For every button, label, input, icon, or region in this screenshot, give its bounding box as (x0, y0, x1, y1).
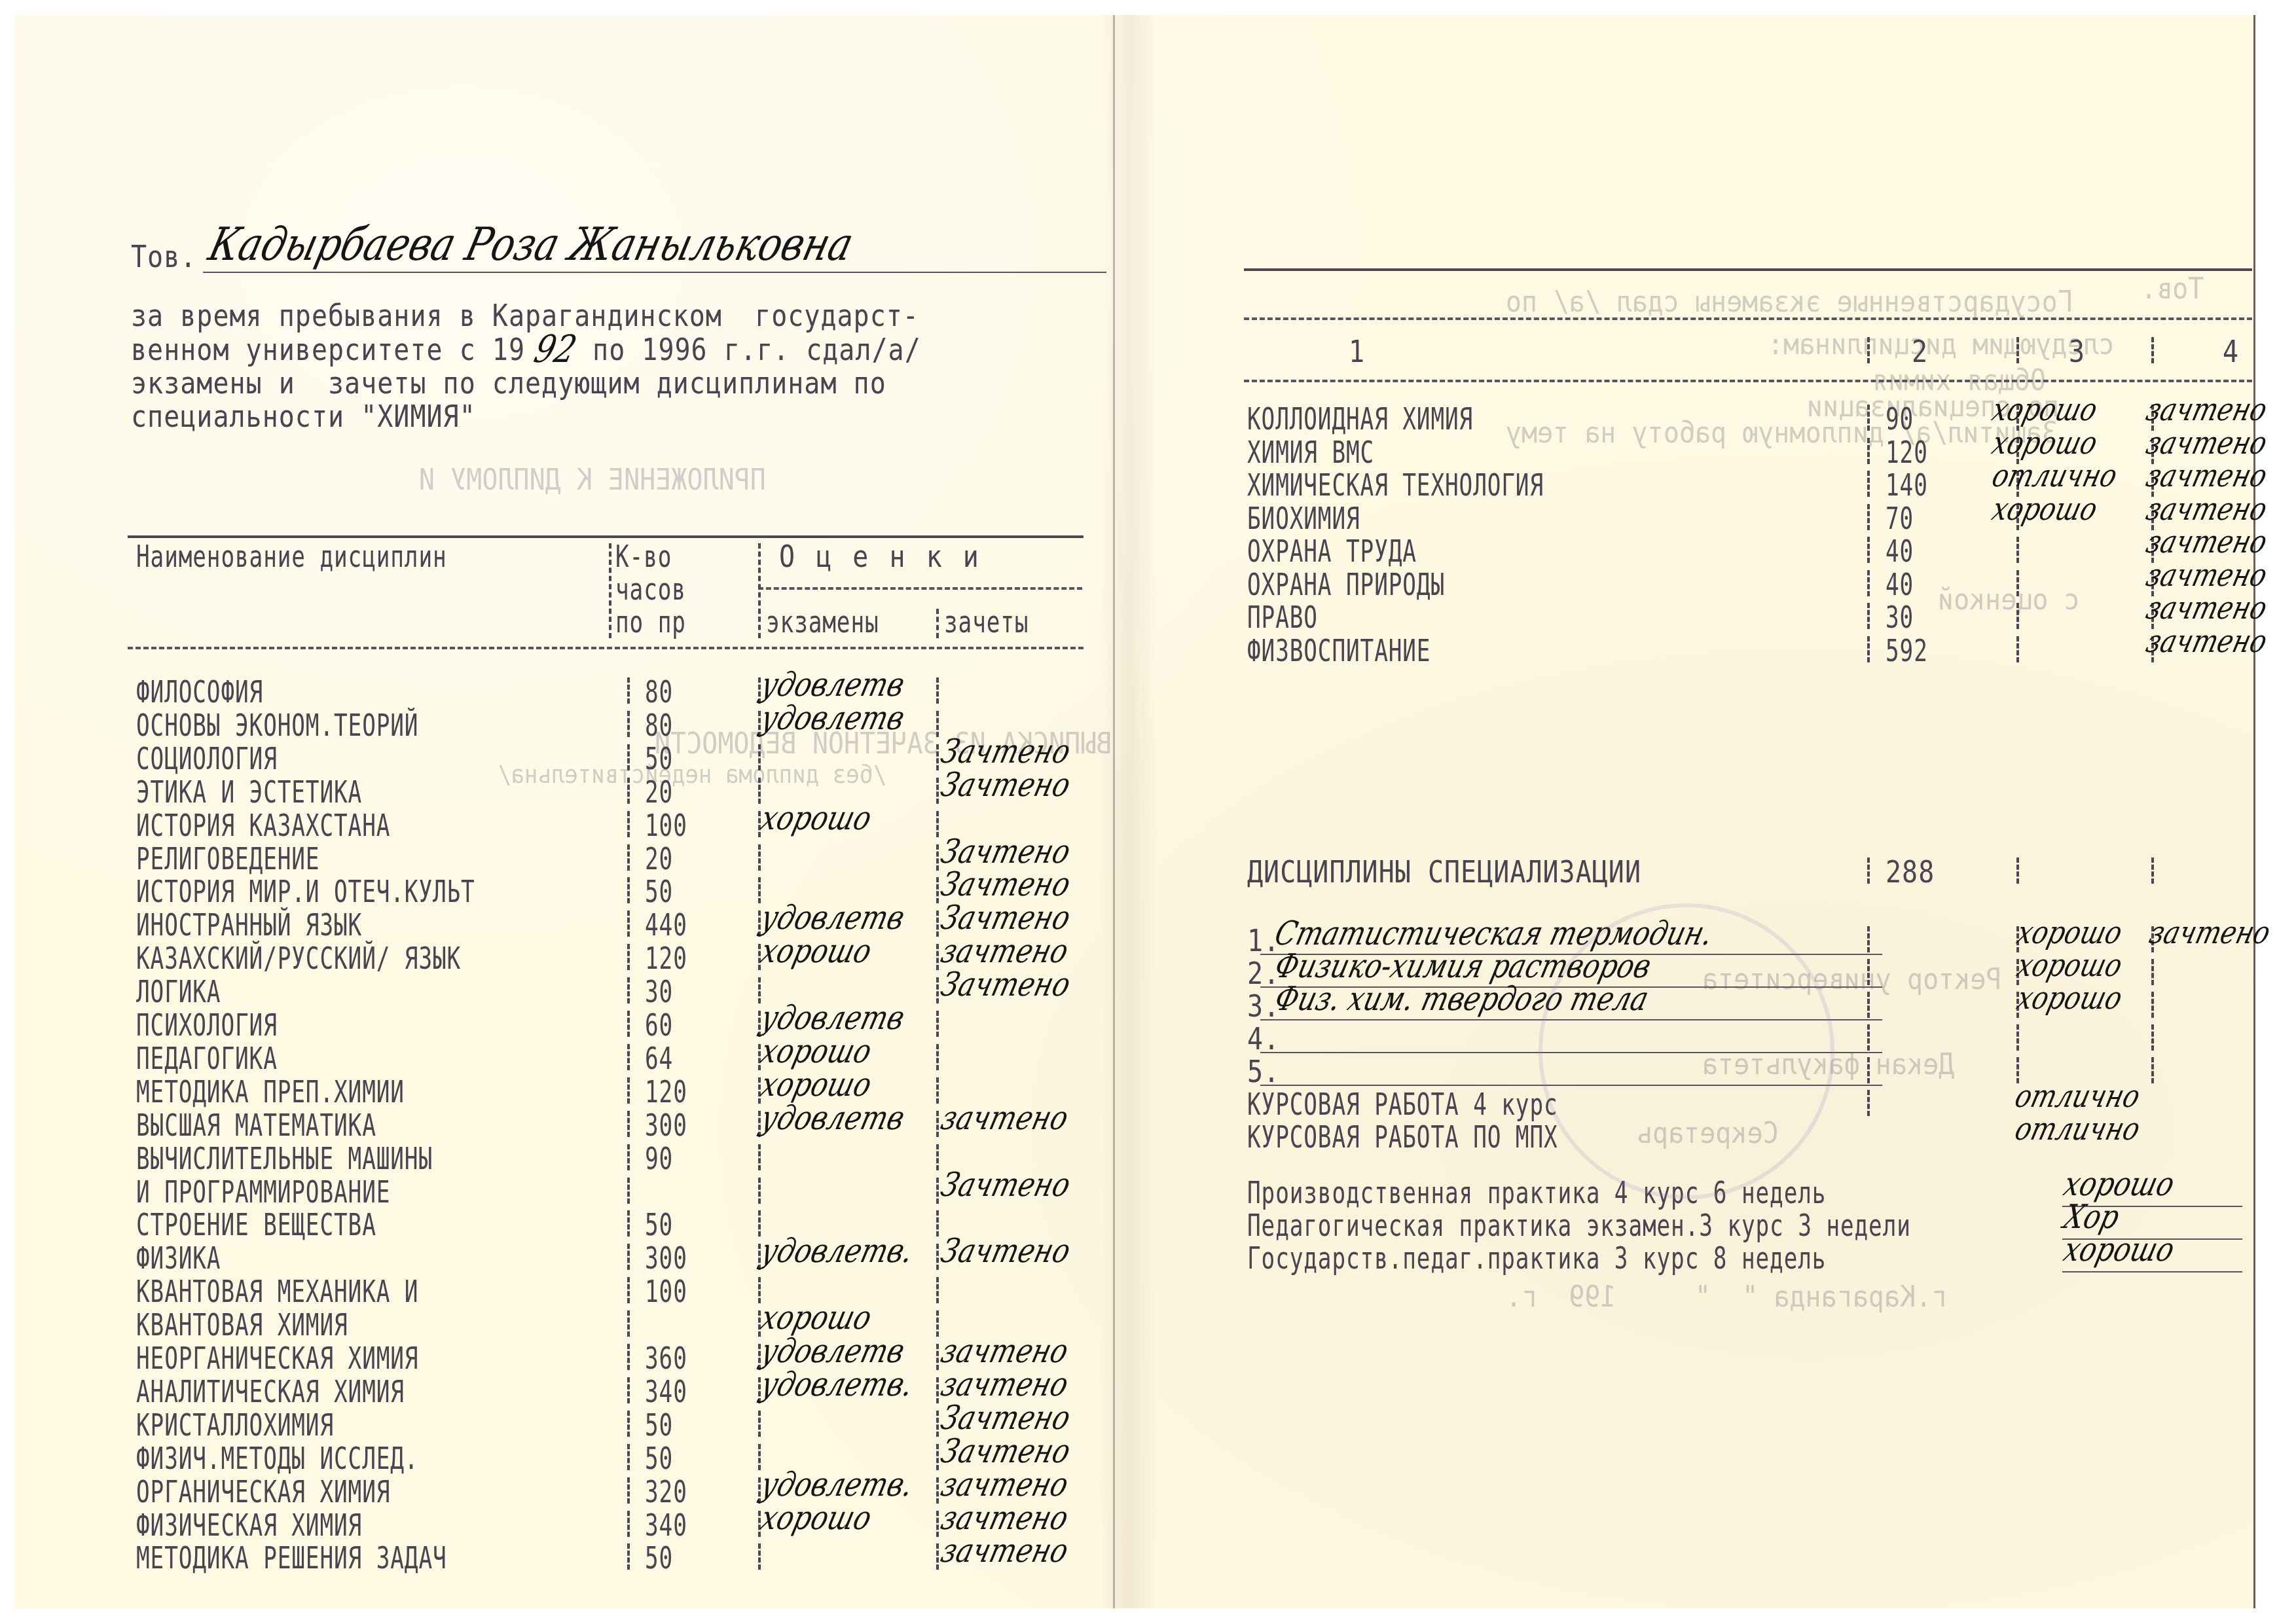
discipline-name: ФИЗИКА (136, 1244, 221, 1274)
credit-result: Зачтено (938, 1235, 1074, 1267)
row-pipe-exams (758, 778, 761, 804)
row-pipe-exams (758, 877, 761, 903)
discipline-hours: 340 (645, 1377, 687, 1407)
row-pipe-hours (627, 944, 630, 970)
discipline-hours: 340 (645, 1511, 687, 1541)
spec-pipe-3 (2151, 857, 2154, 884)
discipline-name: БИОХИМИЯ (1247, 504, 1360, 534)
discipline-name: И ПРОГРАММИРОВАНИЕ (136, 1178, 390, 1208)
coursework-name: КУРСОВАЯ РАБОТА 4 курс (1247, 1090, 1558, 1120)
discipline-name: ПРАВО (1247, 603, 1318, 633)
exam-grade: хорошо (757, 1035, 875, 1068)
row-pipe-exams (758, 1444, 761, 1470)
spec-item-number: 5. (1247, 1057, 1280, 1087)
exam-grade: удовлетв (757, 668, 907, 701)
credit-result: Зачтено (938, 768, 1074, 801)
discipline-hours: 440 (645, 911, 687, 941)
discipline-name: ВЫЧИСЛИТЕЛЬНЫЕ МАШИНЫ (136, 1144, 433, 1174)
row-pipe-hours (1867, 603, 1870, 629)
exam-grade: удовлетв (757, 1102, 907, 1134)
spec-pipe-credits (2151, 992, 2154, 1018)
discipline-name: ПСИХОЛОГИЯ (136, 1011, 278, 1041)
bleed-through-text: /без диплома недействительна/ (498, 763, 886, 787)
header-grades-divider (758, 587, 1082, 590)
spec-pipe-2 (2016, 857, 2019, 884)
discipline-name: РЕЛИГОВЕДЕНИЕ (136, 844, 319, 875)
row-pipe-hours (627, 844, 630, 871)
student-name: Кадырбаева Роза Жаныльковна (205, 221, 858, 267)
bleed-through-text: Государственные экзамены сдал /а/ по (1506, 288, 2073, 317)
discipline-name: ФИЗВОСПИТАНИЕ (1247, 636, 1430, 666)
right-header-col-4: 4 (2223, 337, 2239, 367)
header-hours-3: по пр (615, 607, 686, 638)
bleed-through-text: Защитил/а/ дипломную работу на тему (1506, 419, 2058, 448)
discipline-name: ЭТИКА И ЭСТЕТИКА (136, 778, 362, 808)
discipline-name: ОРГАНИЧЕСКАЯ ХИМИЯ (136, 1477, 390, 1507)
header-hours-2: часов (615, 575, 686, 605)
discipline-hours: 592 (1886, 636, 1928, 666)
exam-grade: удовлетв (757, 1335, 907, 1367)
row-pipe-credits (936, 1044, 939, 1070)
credit-result: Зачтено (938, 835, 1074, 868)
bleed-through-text: г.Караганда " " 199 г. (1506, 1283, 1947, 1312)
row-pipe-hours (627, 1344, 630, 1370)
exam-grade: удовлетв (757, 702, 907, 734)
coursework-grade: отлично (2012, 1081, 2143, 1112)
discipline-hours: 300 (645, 1244, 687, 1274)
discipline-name: ФИЗИЧЕСКАЯ ХИМИЯ (136, 1511, 362, 1541)
credit-result: Зачтено (938, 735, 1074, 768)
row-pipe-hours (1867, 570, 1870, 596)
spec-exam-grade: хорошо (2014, 917, 2125, 948)
row-pipe-hours (627, 811, 630, 837)
discipline-name: ИСТОРИЯ МИР.И ОТЕЧ.КУЛЬТ (136, 877, 475, 907)
row-pipe-credits (936, 677, 939, 704)
exam-grade: хорошо (757, 802, 875, 835)
row-pipe-hours (627, 744, 630, 770)
header-pipe-exams (758, 543, 761, 638)
exam-grade: хорошо (1989, 394, 2100, 425)
row-pipe-credits (936, 811, 939, 837)
discipline-name: ИСТОРИЯ КАЗАХСТАНА (136, 811, 390, 841)
credit-result: зачтено (938, 935, 1071, 967)
row-pipe-exams (758, 1543, 761, 1570)
discipline-hours: 80 (645, 677, 673, 708)
discipline-name: ХИМИЯ ВМС (1247, 438, 1374, 468)
exam-grade: удовлетв. (757, 1235, 917, 1267)
bleed-through-text: ПРИЛОЖЕНИЕ К ДИПЛОМУ И (419, 466, 766, 495)
spec-pipe-credits (2151, 959, 2154, 985)
header-bottom-rule (128, 647, 1084, 649)
discipline-name: СОЦИОЛОГИЯ (136, 744, 278, 774)
row-pipe-hours (627, 1477, 630, 1504)
discipline-hours: 120 (1886, 438, 1928, 468)
row-pipe-hours (627, 1277, 630, 1303)
specialization-title: ДИСЦИПЛИНЫ СПЕЦИАЛИЗАЦИИ (1247, 857, 1641, 888)
right-header-pipe-3 (2151, 337, 2154, 363)
row-pipe-hours (627, 1111, 630, 1137)
spec-pipe-credits (2151, 1057, 2154, 1083)
row-pipe-hours (627, 677, 630, 704)
exam-grade: удовлетв (757, 1001, 907, 1034)
spec-pipe-hours (1867, 959, 1870, 985)
row-pipe-hours (627, 911, 630, 937)
row-pipe-exams (2016, 537, 2019, 563)
practice-grade: хорошо (2060, 1168, 2178, 1200)
credit-result: зачтено (2143, 427, 2270, 459)
discipline-hours: 50 (645, 1444, 673, 1474)
row-pipe-exams (758, 1178, 761, 1204)
credit-result: Зачтено (938, 1435, 1074, 1468)
discipline-name: МЕТОДИКА ПРЕП.ХИМИИ (136, 1077, 405, 1108)
row-pipe-exams (758, 1144, 761, 1170)
discipline-name: СТРОЕНИЕ ВЕЩЕСТВА (136, 1210, 376, 1240)
row-pipe-credits (936, 1210, 939, 1236)
discipline-hours: 40 (1886, 570, 1914, 600)
right-header-col-2: 2 (1912, 337, 1928, 367)
discipline-hours: 90 (645, 1144, 673, 1174)
header-pipe-hours (609, 543, 611, 638)
discipline-hours: 100 (645, 1277, 687, 1307)
exam-grade: хорошо (757, 935, 875, 967)
discipline-hours: 40 (1886, 537, 1914, 567)
discipline-hours: 140 (1886, 471, 1928, 501)
header-exams: экзамены (766, 607, 879, 638)
credit-result: зачтено (938, 1102, 1071, 1134)
discipline-name: КОЛЛОИДНАЯ ХИМИЯ (1247, 405, 1473, 435)
exam-grade: хорошо (757, 1502, 875, 1534)
spec-pipe-credits (2151, 1024, 2154, 1051)
row-pipe-exams (2016, 636, 2019, 662)
discipline-hours: 70 (1886, 504, 1914, 534)
spec-exam-grade: хорошо (2014, 983, 2125, 1014)
credit-result: Зачтено (938, 1168, 1074, 1201)
discipline-name: КАЗАХСКИЙ/РУССКИЙ/ ЯЗЫК (136, 944, 461, 974)
greeting-label: Тов. (131, 242, 196, 272)
exam-grade: отлично (1989, 460, 2121, 492)
coursework-pipe-1 (1867, 1090, 1870, 1116)
discipline-hours: 50 (645, 1543, 673, 1574)
discipline-hours: 50 (645, 1210, 673, 1240)
discipline-name: ХИМИЧЕСКАЯ ТЕХНОЛОГИЯ (1247, 471, 1544, 501)
exam-grade: удовлетв (757, 901, 907, 934)
spec-pipe-exams (2016, 1024, 2019, 1051)
faded-stamp (1539, 903, 1834, 1199)
spec-pipe-1 (1867, 857, 1870, 884)
discipline-hours: 320 (645, 1477, 687, 1507)
page-fold (1113, 15, 1115, 1608)
row-pipe-hours (627, 1310, 630, 1337)
discipline-name: КРИСТАЛЛОХИМИЯ (136, 1411, 334, 1441)
exam-grade: хорошо (1989, 494, 2100, 525)
discipline-hours: 120 (645, 1077, 687, 1108)
row-pipe-hours (627, 1377, 630, 1403)
discipline-name: ФИЗИЧ.МЕТОДЫ ИССЛЕД. (136, 1444, 418, 1474)
credit-result: зачтено (2143, 494, 2270, 525)
row-pipe-hours (627, 1411, 630, 1437)
practice-grade: хорошо (2060, 1233, 2178, 1266)
discipline-hours: 90 (1886, 405, 1914, 435)
bleed-through-text: следующим дисциплинам: (1768, 331, 2115, 359)
row-pipe-exams (758, 1210, 761, 1236)
row-pipe-exams (2016, 603, 2019, 629)
discipline-name: ОХРАНА ТРУДА (1247, 537, 1417, 567)
discipline-name: ЛОГИКА (136, 977, 221, 1007)
spec-exam-grade: хорошо (2014, 950, 2125, 981)
credit-result: Зачтено (938, 968, 1074, 1001)
discipline-name: НЕОРГАНИЧЕСКАЯ ХИМИЯ (136, 1344, 418, 1374)
intro-line-2b: по 1996 г.г. сдал/а/ (576, 335, 921, 365)
discipline-name: ОСНОВЫ ЭКОНОМ.ТЕОРИЙ (136, 711, 418, 741)
discipline-hours: 50 (645, 1411, 673, 1441)
discipline-hours: 20 (645, 844, 673, 875)
discipline-hours: 30 (1886, 603, 1914, 633)
credit-result: зачтено (938, 1468, 1071, 1501)
discipline-hours: 50 (645, 877, 673, 907)
credit-result: зачтено (2143, 460, 2270, 492)
exam-grade: хорошо (1989, 427, 2100, 459)
discipline-name: ОХРАНА ПРИРОДЫ (1247, 570, 1445, 600)
header-grades: О ц е н к и (779, 542, 981, 572)
table-top-rule (128, 535, 1084, 538)
row-pipe-hours (627, 1077, 630, 1104)
exam-grade: хорошо (757, 1068, 875, 1101)
row-pipe-credits (936, 1277, 939, 1303)
row-pipe-exams (758, 844, 761, 871)
row-pipe-hours (627, 1444, 630, 1470)
discipline-name: ВЫСШАЯ МАТЕМАТИКА (136, 1111, 376, 1141)
row-pipe-credits (936, 1077, 939, 1104)
right-header-pipe-1 (1867, 337, 1870, 363)
exam-grade: удовлетв. (757, 1468, 917, 1501)
discipline-hours: 360 (645, 1344, 687, 1374)
discipline-hours: 60 (645, 1011, 673, 1041)
right-top-rule (1244, 268, 2252, 271)
row-pipe-hours (1867, 405, 1870, 431)
discipline-name: МЕТОДИКА РЕШЕНИЯ ЗАДАЧ (136, 1543, 447, 1574)
row-pipe-hours (627, 1511, 630, 1537)
credit-result: зачтено (938, 1335, 1071, 1367)
row-pipe-hours (627, 1044, 630, 1070)
row-pipe-hours (627, 977, 630, 1003)
credit-result: зачтено (938, 1368, 1071, 1401)
row-pipe-hours (627, 711, 630, 737)
row-pipe-hours (627, 1210, 630, 1236)
credit-result: зачтено (2143, 592, 2270, 624)
right-header-top-rule (1244, 317, 2252, 320)
discipline-name: КВАНТОВАЯ МЕХАНИКА И (136, 1277, 418, 1307)
intro-line-2a: венном университете с 19 (131, 335, 525, 365)
spec-pipe-exams (2016, 1057, 2019, 1083)
row-pipe-credits (936, 1310, 939, 1337)
credit-result: зачтено (938, 1502, 1071, 1534)
header-hours-1: К-во (615, 542, 672, 572)
row-pipe-exams (758, 1411, 761, 1437)
discipline-hours: 120 (645, 944, 687, 974)
right-header-col-1: 1 (1349, 337, 1365, 367)
row-pipe-hours (1867, 537, 1870, 563)
discipline-hours: 300 (645, 1111, 687, 1141)
spec-credit-result: зачтено (2146, 917, 2274, 948)
spec-item-number: 4. (1247, 1024, 1280, 1055)
row-pipe-exams (2016, 570, 2019, 596)
row-pipe-exams (758, 977, 761, 1003)
discipline-name: АНАЛИТИЧЕСКАЯ ХИМИЯ (136, 1377, 405, 1407)
intro-line-3: экзамены и зачеты по следующим дисциплин… (131, 369, 886, 399)
row-pipe-hours (627, 877, 630, 903)
discipline-name: ПЕДАГОГИКА (136, 1044, 278, 1074)
row-pipe-credits (936, 711, 939, 737)
row-pipe-hours (1867, 636, 1870, 662)
spec-pipe-hours (1867, 1057, 1870, 1083)
practice-text: Педагогическая практика экзамен.3 курс 3… (1247, 1211, 1911, 1241)
spec-pipe-hours (1867, 926, 1870, 952)
discipline-hours: 100 (645, 811, 687, 841)
row-pipe-credits (936, 1144, 939, 1170)
row-pipe-hours (1867, 438, 1870, 464)
row-pipe-hours (627, 1144, 630, 1170)
header-pipe-credits (936, 609, 939, 638)
specialization-hours: 288 (1886, 857, 1935, 888)
spec-pipe-hours (1867, 1024, 1870, 1051)
coursework-name: КУРСОВАЯ РАБОТА ПО МПХ (1247, 1123, 1558, 1153)
exam-grade: удовлетв. (757, 1368, 917, 1401)
intro-line-4: специальности "ХИМИЯ" (131, 402, 476, 432)
credit-result: Зачтено (938, 901, 1074, 934)
credit-result: зачтено (938, 1534, 1071, 1567)
bleed-through-text: с оценкой (1938, 586, 2080, 615)
right-header-col-3: 3 (2069, 337, 2085, 367)
intro-line-1: за время пребывания в Карагандинском гос… (131, 301, 919, 331)
practice-underline (2062, 1271, 2242, 1272)
discipline-name: КВАНТОВАЯ ХИМИЯ (136, 1310, 348, 1341)
row-pipe-credits (936, 1011, 939, 1037)
header-credits: зачеты (944, 607, 1029, 638)
spec-pipe-hours (1867, 992, 1870, 1018)
header-discipline: Наименование дисциплин (136, 542, 447, 572)
credit-result: Зачтено (938, 868, 1074, 901)
row-pipe-hours (627, 1543, 630, 1570)
row-pipe-exams (758, 744, 761, 770)
discipline-hours: 30 (645, 977, 673, 1007)
discipline-hours: 20 (645, 778, 673, 808)
row-pipe-hours (1867, 504, 1870, 530)
row-pipe-hours (627, 1244, 630, 1270)
exam-grade: хорошо (757, 1301, 875, 1334)
practice-text: Государств.педаг.практика 3 курс 8 недел… (1247, 1244, 1826, 1274)
practice-grade: Хор (2060, 1200, 2123, 1233)
coursework-grade: отлично (2012, 1113, 2143, 1145)
discipline-name: ИНОСТРАННЫЙ ЯЗЫК (136, 911, 362, 941)
row-pipe-hours (627, 1178, 630, 1204)
name-underline (203, 272, 1106, 273)
bleed-through-text: Тов. (2141, 275, 2204, 304)
credit-result: Зачтено (938, 1401, 1074, 1434)
discipline-hours: 50 (645, 744, 673, 774)
right-header-bottom-rule (1244, 380, 2252, 382)
discipline-hours: 80 (645, 711, 673, 741)
right-header-pipe-2 (2016, 337, 2019, 363)
credit-result: зачтено (2143, 526, 2270, 558)
credit-result: зачтено (2143, 394, 2270, 425)
discipline-name: ФИЛОСОФИЯ (136, 677, 263, 708)
row-pipe-hours (627, 1011, 630, 1037)
row-pipe-hours (627, 778, 630, 804)
row-pipe-hours (1867, 471, 1870, 497)
credit-result: зачтено (2143, 626, 2270, 657)
row-pipe-exams (758, 1277, 761, 1303)
discipline-hours: 64 (645, 1044, 673, 1074)
credit-result: зачтено (2143, 560, 2270, 591)
